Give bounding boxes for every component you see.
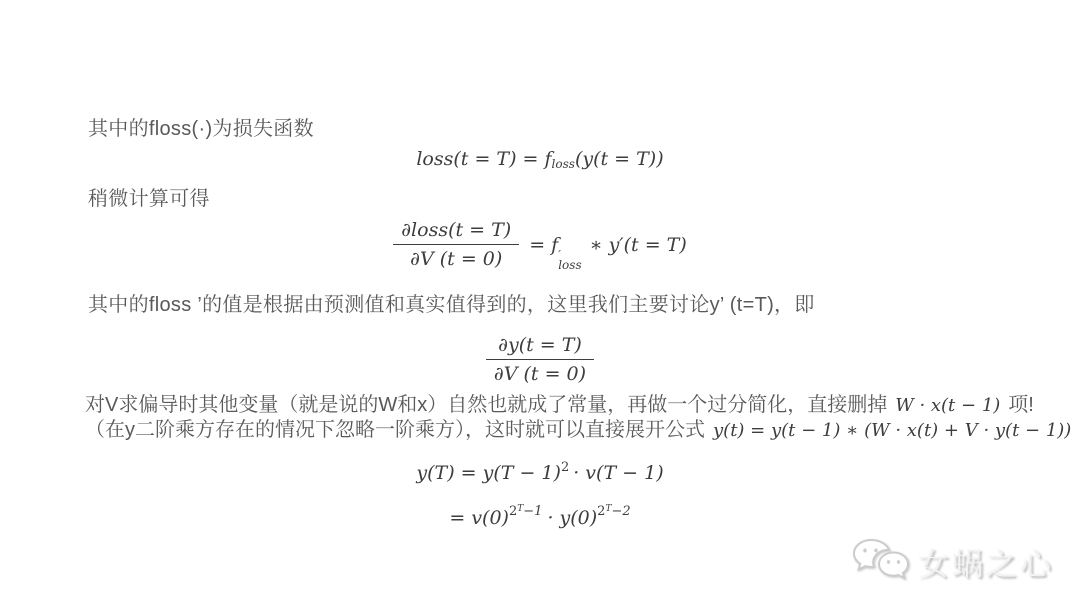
formula-yt-squared: y(T) = y(T − 1)2· v(T − 1) <box>0 460 1080 484</box>
formula-5-mid: · y(0) <box>547 507 597 529</box>
fraction-denominator: ∂V (t = 0) <box>393 245 519 270</box>
fraction-dloss-dv: ∂loss(t = T) ∂V (t = 0) <box>393 219 519 270</box>
formula-2-equals: = f <box>529 234 558 256</box>
exponent-2: 2T−2 <box>597 504 630 519</box>
document-page: 其中的floss(·)为损失函数 loss(t = T) = floss(y(t… <box>0 0 1080 608</box>
formula-5-equals: = v(0) <box>449 507 509 529</box>
paragraph-1-text: 对V求偏导时其他变量（就是说的W和x）自然也就成了常量，再做一个过分简化，直接删… <box>85 394 887 416</box>
chat-bubbles-icon <box>852 538 910 584</box>
exponent-1-tail: −1 <box>523 504 542 519</box>
formula-4-exponent: 2 <box>561 460 569 475</box>
formula-closed-form: = v(0)2T−1· y(0)2T−2 <box>0 504 1080 529</box>
formula-4-post: · v(T − 1) <box>573 462 663 484</box>
formula-4-pre: y(T) = y(T − 1) <box>416 462 561 484</box>
loss-subscript: loss <box>558 260 581 270</box>
fraction-numerator: ∂y(t = T) <box>486 334 594 360</box>
fraction-dy-dv: ∂y(t = T) ∂V (t = 0) <box>486 334 594 385</box>
paragraph-line-2: （在y二阶乘方存在的情况下忽略一阶乘方），这时就可以直接展开公式y(t) = y… <box>85 418 1079 443</box>
exponent-2-tail: −2 <box>611 504 630 519</box>
f-prime-subscript-stack: ′loss <box>558 250 581 270</box>
formula-2-post: ∗ y′(t = T) <box>590 234 687 256</box>
fraction-denominator: ∂V (t = 0) <box>486 360 594 385</box>
formula-1-subscript: loss <box>552 157 575 171</box>
formula-1-post: (y(t = T)) <box>575 148 664 170</box>
text-slight-computation: 稍微计算可得 <box>88 182 210 211</box>
formula-loss-gradient: ∂loss(t = T) ∂V (t = 0) = f′loss∗ y′(t =… <box>0 219 1080 270</box>
inline-math-wx-term: W · x(t − 1) <box>895 395 1000 416</box>
paragraph-simplification: 对V求偏导时其他变量（就是说的W和x）自然也就成了常量，再做一个过分简化，直接删… <box>85 393 1079 443</box>
exponent-1: 2T−1 <box>509 504 542 519</box>
fraction-numerator: ∂loss(t = T) <box>393 219 519 245</box>
paragraph-1-tail: 项! <box>1008 394 1034 416</box>
formula-1-pre: loss(t = T) = f <box>416 148 551 170</box>
formula-dy-dv: ∂y(t = T) ∂V (t = 0) <box>0 334 1080 385</box>
inline-math-expansion: y(t) = y(t − 1) ∗ (W · x(t) + V · y(t − … <box>713 420 1071 441</box>
watermark-text: 女蜗之心 <box>918 539 1054 584</box>
text-floss-prime-explanation: 其中的floss ’的值是根据由预测值和真实值得到的，这里我们主要讨论y’ (t… <box>88 288 815 317</box>
paragraph-2-text: （在y二阶乘方存在的情况下忽略一阶乘方），这时就可以直接展开公式 <box>85 419 705 441</box>
text-loss-function-intro: 其中的floss(·)为损失函数 <box>88 112 314 141</box>
formula-loss-definition: loss(t = T) = floss(y(t = T)) <box>0 147 1080 171</box>
paragraph-line-1: 对V求偏导时其他变量（就是说的W和x）自然也就成了常量，再做一个过分简化，直接删… <box>85 393 1079 418</box>
watermark: 女蜗之心 <box>852 538 1054 584</box>
exponent-1-base: 2 <box>509 504 517 519</box>
